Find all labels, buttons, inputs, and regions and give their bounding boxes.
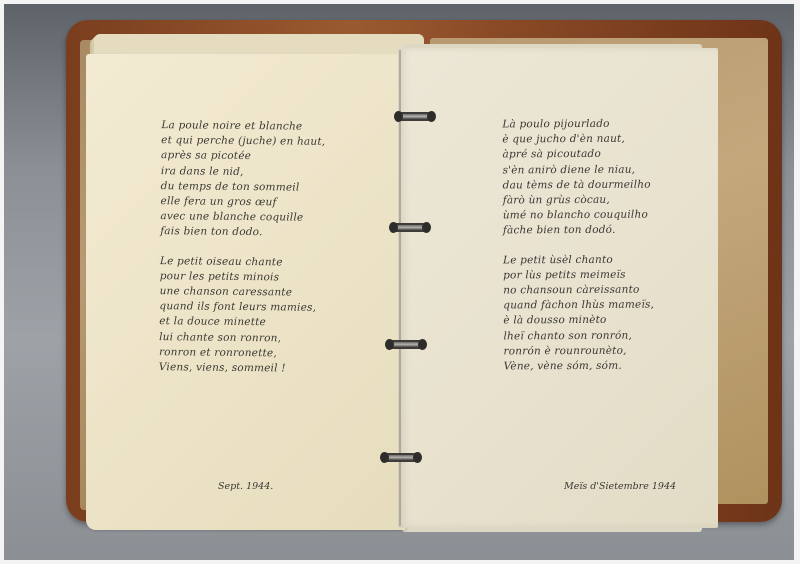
poem-line: quand fàchon lhùs mameïs, bbox=[503, 298, 654, 314]
poem-line: après sa picotée bbox=[161, 149, 325, 166]
poem-line: pour les petits minois bbox=[160, 269, 324, 286]
poem-line: fais bien ton dodo. bbox=[160, 225, 324, 242]
poem-line: è là dousso minèto bbox=[503, 313, 654, 329]
right-stanza-2: Le petit ùsèl chanto por lùs petits meim… bbox=[503, 252, 654, 374]
poem-line: et la douce minette bbox=[159, 315, 323, 332]
right-stanza-1: Là poulo pijourlado è que jucho d'èn nau… bbox=[502, 117, 653, 239]
poem-line: dau tèms de tà dourmeilho bbox=[503, 177, 654, 193]
poem-line: ùmé no blancho couquilho bbox=[503, 208, 654, 224]
left-stanza-2: Le petit oiseau chante pour les petits m… bbox=[159, 254, 324, 377]
left-date-signature: Sept. 1944. bbox=[218, 481, 273, 492]
poem-line: no chansoun càreissanto bbox=[503, 283, 654, 299]
binding-ring-icon bbox=[382, 453, 420, 462]
left-poem: La poule noire et blanche et qui perche … bbox=[159, 118, 326, 391]
poem-line: avec une blanche coquille bbox=[160, 209, 324, 226]
binding-ring-icon bbox=[387, 340, 425, 349]
right-poem: Là poulo pijourlado è que jucho d'èn nau… bbox=[502, 117, 654, 389]
poem-line: ronron et ronronette, bbox=[159, 345, 323, 362]
poem-line: Le petit oiseau chante bbox=[160, 254, 324, 271]
poem-line: Le petit ùsèl chanto bbox=[503, 252, 654, 268]
poem-line: et qui perche (juche) en haut, bbox=[161, 133, 325, 150]
poem-line: La poule noire et blanche bbox=[161, 118, 325, 135]
poem-line: fàche bien ton dodó. bbox=[503, 223, 654, 239]
poem-line: ira dans le nid, bbox=[161, 164, 325, 181]
poem-line: è que jucho d'èn naut, bbox=[502, 132, 653, 148]
poem-line: àpré sà picoutado bbox=[502, 147, 653, 163]
right-date-signature: Meïs d'Sietembre 1944 bbox=[564, 481, 676, 492]
binding-ring-icon bbox=[396, 112, 434, 121]
poem-line: fàrò ùn grùs còcau, bbox=[503, 193, 654, 209]
poem-line: du temps de ton sommeil bbox=[161, 179, 325, 196]
poem-line: lui chante son ronron, bbox=[159, 330, 323, 347]
left-stanza-1: La poule noire et blanche et qui perche … bbox=[160, 118, 325, 241]
poem-line: Là poulo pijourlado bbox=[502, 117, 653, 133]
poem-line: por lùs petits meimeïs bbox=[503, 267, 654, 283]
poem-line: ronrón è rounrounèto, bbox=[503, 343, 654, 359]
poem-line: Vène, vène sóm, sóm. bbox=[504, 359, 655, 375]
poem-line: Viens, viens, sommeil ! bbox=[159, 360, 323, 377]
poem-line: lheï chanto son ronrón, bbox=[503, 328, 654, 344]
binding-ring-icon bbox=[391, 223, 429, 232]
poem-line: elle fera un gros œuf bbox=[160, 194, 324, 211]
poem-line: une chanson caressante bbox=[160, 284, 324, 301]
poem-line: s'èn anirò diene le niau, bbox=[503, 162, 654, 178]
poem-line: quand ils font leurs mamies, bbox=[159, 299, 323, 316]
